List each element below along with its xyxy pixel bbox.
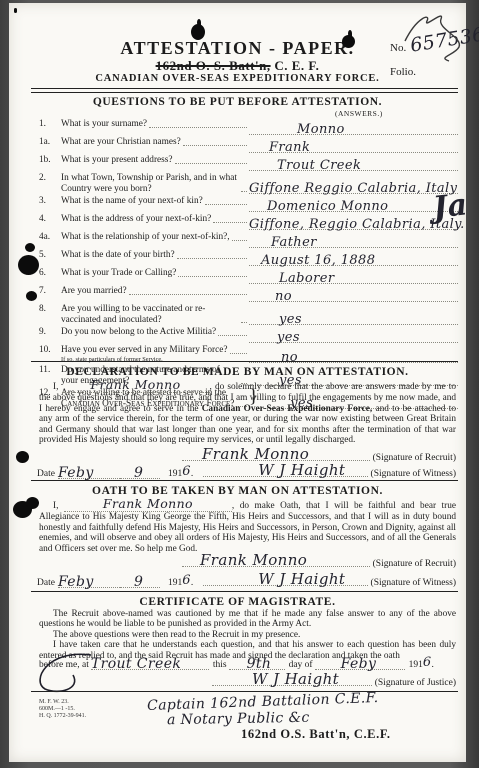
- declaration-bold-phrase: Canadian Over-Seas Expeditionary Force,: [202, 404, 373, 414]
- question-text: Have you ever served in any Military For…: [61, 345, 228, 356]
- justice-signature-line: W J Haight (Signature of Justice): [209, 671, 456, 688]
- answer-line: yes: [249, 309, 458, 325]
- section-divider-rule: [31, 361, 458, 362]
- question-row: 6. What is your Trade or Calling? Labore…: [39, 268, 458, 284]
- dotted-leader: [241, 322, 247, 323]
- question-number: 9.: [39, 327, 61, 343]
- date-period: .: [191, 578, 193, 588]
- declaration-paragraph: I, Frank Monno, do solemnly declare that…: [39, 380, 456, 445]
- answer-line: Laborer: [249, 268, 458, 284]
- answer-line: Giffone Reggio Calabria, Italy: [249, 178, 458, 194]
- answer-handwritten: yes: [249, 312, 302, 327]
- oath-paragraph: I, Frank Monno, do make Oath, that I wil…: [39, 499, 456, 554]
- question-text: What is the date of your birth?: [61, 250, 175, 261]
- recruit-signature-label: (Signature of Recruit): [373, 559, 456, 569]
- dotted-leader: [205, 204, 247, 205]
- question-text: What is your Trade or Calling?: [61, 268, 176, 279]
- question-text: Are you willing to be vaccinated or re-v…: [61, 304, 239, 325]
- answer-line: Frank: [249, 137, 458, 153]
- battalion-struck-text: 162nd O. S. Batt'n,: [156, 58, 271, 73]
- answer-handwritten: Father: [249, 235, 317, 250]
- answer-handwritten: Monno: [249, 122, 345, 137]
- answer-handwritten: no: [249, 350, 298, 365]
- dotted-leader: [129, 294, 247, 295]
- oath-recruit-signature-line: Frank Monno (Signature of Recruit): [179, 552, 456, 569]
- witness-signature-label: (Signature of Witness): [371, 469, 456, 479]
- battalion-rest-text: C. E. F.: [271, 58, 320, 73]
- question-number: 1.: [39, 119, 61, 135]
- witness-signature-label: (Signature of Witness): [371, 578, 456, 588]
- answer-line: yes: [249, 327, 458, 343]
- answer-line: August 16, 1888: [249, 250, 458, 266]
- scan-speck: [14, 8, 17, 13]
- oath-heading: OATH TO BE TAKEN BY MAN ON ATTESTATION.: [9, 485, 466, 497]
- form-code-block: M. F. W. 23. 600M.—1 -15. H. Q. 1772-39-…: [39, 699, 86, 720]
- this-label: this: [213, 660, 227, 670]
- place-handwritten: Trout Creek: [91, 656, 181, 672]
- question-text: What are your Christian names?: [61, 137, 181, 148]
- question-text: What is the address of your next-of-kin?: [61, 214, 211, 225]
- date-month-field: Feby: [58, 464, 120, 479]
- month-handwritten: Feby: [341, 656, 377, 672]
- answer-handwritten: no: [249, 289, 292, 304]
- declaration-heading: DECLARATION TO BE MADE BY MAN ON ATTESTA…: [9, 366, 466, 378]
- answers-column-label: (ANSWERS.): [335, 109, 383, 118]
- signature-dotted-line: W J Haight: [203, 571, 367, 586]
- question-row: 3. What is the name of your next-of kin?…: [39, 196, 458, 212]
- question-row: 4a. What is the relationship of your nex…: [39, 232, 458, 248]
- justice-signature-handwritten: W J Haight: [252, 670, 339, 688]
- recruit-name-handwritten: Frank Monno: [90, 377, 180, 392]
- answer-handwritten: Domenico Monno: [249, 199, 388, 214]
- pen-flourish: [29, 651, 103, 695]
- year-printed: 191: [409, 660, 423, 670]
- questions-heading: QUESTIONS TO BE PUT BEFORE ATTESTATION.: [9, 96, 466, 108]
- date-day-handwritten: 9: [134, 465, 143, 481]
- dotted-leader: [230, 353, 247, 354]
- question-row: 1a. What are your Christian names? Frank: [39, 137, 458, 153]
- day-of-label: day of: [289, 660, 313, 670]
- signature-dotted-line: Frank Monno: [182, 446, 370, 461]
- pen-scribble: [397, 7, 467, 65]
- signature-dotted-line: W J Haight: [203, 462, 367, 477]
- ink-blot: [18, 255, 39, 275]
- date-month-field: Feby: [58, 573, 120, 588]
- notary-handwritten: a Notary Public &c: [167, 710, 310, 728]
- dotted-leader: [149, 127, 247, 128]
- ink-blot: [26, 291, 37, 301]
- dotted-leader: [177, 258, 247, 259]
- answer-line: Trout Creek: [249, 155, 458, 171]
- answer-line: Giffone, Reggio Calabria, Italy.: [249, 214, 458, 230]
- date-year-handwritten: 6: [182, 464, 191, 479]
- battalion-footer-stamp: 162nd O.S. Batt'n, C.E.F.: [241, 727, 391, 742]
- dotted-leader: [232, 240, 247, 241]
- date-year-printed: 191: [168, 578, 182, 588]
- answer-handwritten: Laborer: [249, 271, 334, 286]
- oath-date-line: Date Feby 9 1916. W J Haight (Signature …: [37, 571, 456, 588]
- date-year-printed: 191: [168, 469, 182, 479]
- question-number: 5.: [39, 250, 61, 266]
- dotted-leader: [183, 145, 247, 146]
- section-divider-rule: [31, 591, 458, 592]
- question-row: 1b. What is your present address? Trout …: [39, 155, 458, 171]
- form-code-line: 600M.—1 -15.: [39, 706, 86, 713]
- question-text: In what Town, Township or Parish, and in…: [61, 173, 239, 194]
- question-number: 6.: [39, 268, 61, 284]
- question-row: 5. What is the date of your birth? Augus…: [39, 250, 458, 266]
- certificate-heading: CERTIFICATE OF MAGISTRATE.: [9, 596, 466, 608]
- answer-line: Domenico Monno: [249, 196, 458, 212]
- answer-handwritten: Frank: [249, 140, 310, 155]
- year-period: .: [432, 660, 434, 670]
- margin-initials-flourish: Ja: [431, 187, 469, 225]
- question-text: What is the name of your next-of kin?: [61, 196, 203, 207]
- justice-signature-label: (Signature of Justice): [375, 678, 456, 688]
- form-code-line: M. F. W. 23.: [39, 699, 86, 706]
- date-month-handwritten: Feby: [58, 465, 94, 481]
- date-label: Date: [37, 469, 55, 479]
- day-field: 9th: [229, 655, 285, 670]
- header-divider-rule: [31, 88, 458, 93]
- place-field: Trout Creek: [91, 655, 209, 670]
- month-field: Feby: [315, 655, 405, 670]
- answer-handwritten: Giffone, Reggio Calabria, Italy.: [249, 217, 465, 232]
- signature-dotted-line: W J Haight: [212, 671, 372, 686]
- attestation-paper-page: ATTESTATION - PAPER. 162nd O. S. Batt'n,…: [9, 3, 466, 762]
- answer-handwritten: August 16, 1888: [249, 253, 375, 268]
- dotted-leader: [218, 335, 247, 336]
- declaration-intro: I,: [39, 382, 58, 392]
- question-text: What is your present address?: [61, 155, 173, 166]
- date-day-field: 9: [120, 464, 160, 479]
- question-text: Do you now belong to the Active Militia?: [61, 327, 216, 338]
- year-handwritten: 6: [423, 655, 432, 670]
- certificate-para2: The above questions were then read to th…: [39, 630, 456, 640]
- oath-intro: I,: [39, 501, 58, 511]
- answer-line: no: [249, 286, 458, 302]
- question-row: 4. What is the address of your next-of-k…: [39, 214, 458, 230]
- recruit-name-field: Frank Monno: [62, 380, 210, 393]
- witness-signature-handwritten: W J Haight: [258, 461, 345, 479]
- declaration-date-line: Date Feby 9 1916. W J Haight (Signature …: [37, 462, 456, 479]
- form-code-line: H. Q. 1772-39-941.: [39, 713, 86, 720]
- question-number: 4a.: [39, 232, 61, 248]
- question-number: 7.: [39, 286, 61, 302]
- date-period: .: [191, 469, 193, 479]
- ink-blot: [26, 497, 39, 509]
- date-month-handwritten: Feby: [58, 574, 94, 590]
- question-row: 2. In what Town, Township or Parish, and…: [39, 173, 458, 194]
- ink-blot: [16, 451, 29, 463]
- question-number: 1a.: [39, 137, 61, 153]
- certificate-para1: The Recruit above-named was cautioned by…: [39, 609, 456, 630]
- recruit-name-handwritten: Frank Monno: [103, 496, 193, 511]
- recruit-name-field: Frank Monno: [64, 499, 232, 512]
- footer-divider-rule: [31, 691, 458, 692]
- dotted-leader: [178, 276, 247, 277]
- date-label: Date: [37, 578, 55, 588]
- answer-line: Father: [249, 232, 458, 248]
- dotted-leader: [175, 163, 247, 164]
- witness-signature-handwritten: W J Haight: [258, 570, 345, 588]
- answer-line: Monno: [249, 119, 458, 135]
- answer-handwritten: Trout Creek: [249, 158, 361, 173]
- question-row: 7. Are you married? no: [39, 286, 458, 302]
- date-day-handwritten: 9: [134, 574, 143, 590]
- question-number: 3.: [39, 196, 61, 212]
- dotted-leader: [213, 222, 247, 223]
- question-row: 9. Do you now belong to the Active Milit…: [39, 327, 458, 343]
- question-text: Are you married?: [61, 286, 127, 297]
- answer-handwritten: Giffone Reggio Calabria, Italy: [249, 181, 457, 196]
- answer-handwritten: yes: [249, 330, 300, 345]
- ink-blot: [342, 35, 355, 48]
- question-number: 1b.: [39, 155, 61, 171]
- recruit-signature-handwritten: Frank Monno: [200, 551, 307, 569]
- question-text: What is your surname?: [61, 119, 147, 130]
- ink-blot: [191, 24, 205, 40]
- question-number: 4.: [39, 214, 61, 230]
- date-year-handwritten: 6: [182, 573, 191, 588]
- dotted-leader: [241, 191, 247, 192]
- question-text: What is the relationship of your next-of…: [61, 232, 230, 243]
- date-day-field: 9: [120, 573, 160, 588]
- question-number: 8.: [39, 304, 61, 325]
- signature-dotted-line: Frank Monno: [182, 552, 370, 567]
- question-number: 2.: [39, 173, 61, 194]
- section-divider-rule: [31, 480, 458, 481]
- question-row: 1. What is your surname? Monno: [39, 119, 458, 135]
- question-row: 8. Are you willing to be vaccinated or r…: [39, 304, 458, 325]
- ink-blot: [25, 243, 35, 252]
- folio-label: Folio.: [390, 66, 416, 78]
